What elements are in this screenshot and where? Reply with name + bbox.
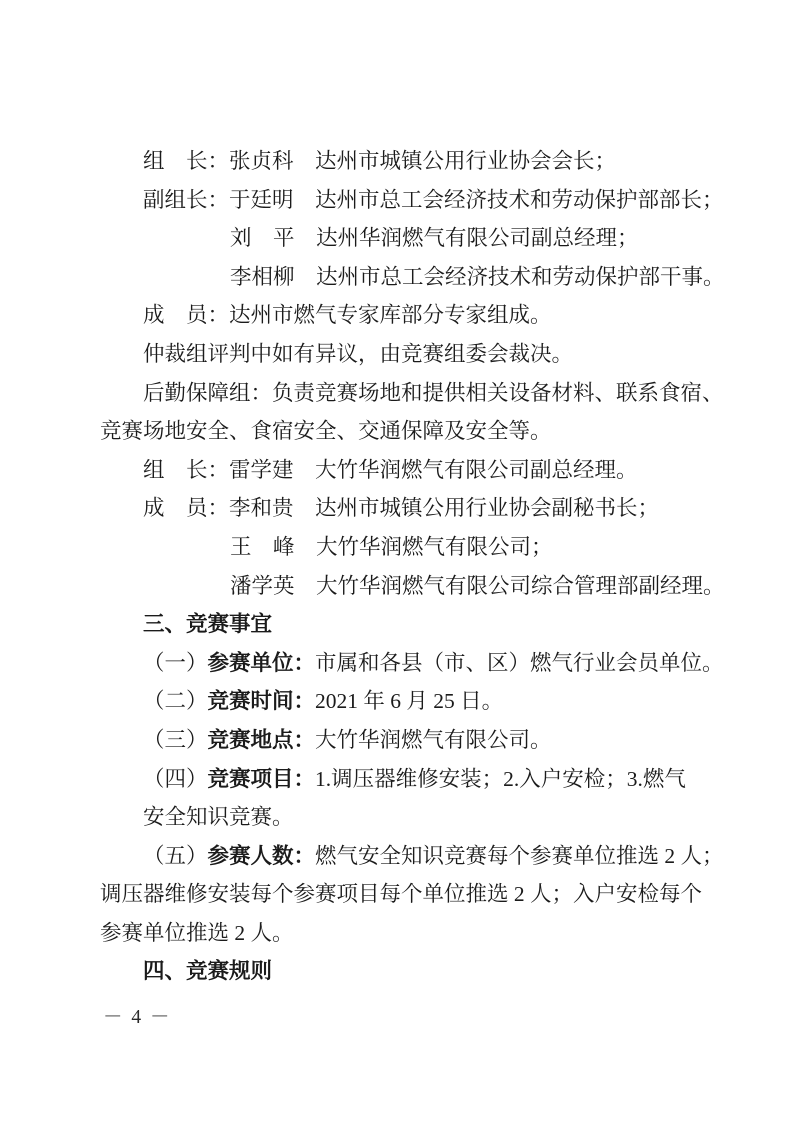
text-line: 参赛单位推选 2 人。 [100,914,726,953]
text-line: （三）竞赛地点：大竹华润燃气有限公司。 [100,721,726,760]
text-line: （一）参赛单位：市属和各县（市、区）燃气行业会员单位。 [100,644,726,683]
body-text: 副组长：于廷明 达州市总工会经济技术和劳动保护部部长； [143,188,724,212]
emphasis-text: 参赛人数： [208,844,316,868]
body-text: （四） [143,767,208,791]
text-line: 成 员：李和贵 达州市城镇公用行业协会副秘书长； [100,489,726,528]
text-line: （二）竞赛时间：2021 年 6 月 25 日。 [100,682,726,721]
body-text: 1.调压器维修安装；2.入户安检；3.燃气 [315,767,686,791]
body-text: 后勤保障组：负责竞赛场地和提供相关设备材料、联系食宿、 [143,381,724,405]
text-line: 刘 平 达州华润燃气有限公司副总经理； [100,219,726,258]
document-page: 组 长：张贞科 达州市城镇公用行业协会会长；副组长：于廷明 达州市总工会经济技术… [0,0,800,1131]
emphasis-text: 竞赛时间： [208,689,316,713]
emphasis-text: 四、竞赛规则 [143,959,272,983]
body-text: 李相柳 达州市总工会经济技术和劳动保护部干事。 [230,265,725,289]
body-text: 市属和各县（市、区）燃气行业会员单位。 [315,651,724,675]
text-line: 副组长：于廷明 达州市总工会经济技术和劳动保护部部长； [100,181,726,220]
body-text: 竞赛场地安全、食宿安全、交通保障及安全等。 [100,419,552,443]
body-text: 组 长：雷学建 大竹华润燃气有限公司副总经理。 [143,458,638,482]
text-line: （四）竞赛项目：1.调压器维修安装；2.入户安检；3.燃气 [100,760,726,799]
body-text: （三） [143,728,208,752]
body-text: 燃气安全知识竞赛每个参赛单位推选 2 人； [315,844,724,868]
body-text: （二） [143,689,208,713]
body-text: 参赛单位推选 2 人。 [100,921,294,945]
text-line: （五）参赛人数：燃气安全知识竞赛每个参赛单位推选 2 人； [100,837,726,876]
body-text: 调压器维修安装每个参赛项目每个单位推选 2 人；入户安检每个 [100,882,702,906]
body-text: 仲裁组评判中如有异议，由竞赛组委会裁决。 [143,342,573,366]
text-line: 安全知识竞赛。 [100,798,726,837]
body-text: 刘 平 达州华润燃气有限公司副总经理； [230,226,639,250]
text-line: 组 长：雷学建 大竹华润燃气有限公司副总经理。 [100,451,726,490]
emphasis-text: 竞赛项目： [208,767,316,791]
text-line: 成 员：达州市燃气专家库部分专家组成。 [100,296,726,335]
body-text: 成 员：达州市燃气专家库部分专家组成。 [143,303,552,327]
body-text: 王 峰 大竹华润燃气有限公司； [230,535,553,559]
text-line: 王 峰 大竹华润燃气有限公司； [100,528,726,567]
document-body: 组 长：张贞科 达州市城镇公用行业协会会长；副组长：于廷明 达州市总工会经济技术… [100,142,726,991]
body-text: （五） [143,844,208,868]
text-line: 后勤保障组：负责竞赛场地和提供相关设备材料、联系食宿、 [100,374,726,413]
text-line: 李相柳 达州市总工会经济技术和劳动保护部干事。 [100,258,726,297]
body-text: 2021 年 6 月 25 日。 [315,689,503,713]
body-text: 安全知识竞赛。 [143,805,294,829]
text-line: 竞赛场地安全、食宿安全、交通保障及安全等。 [100,412,726,451]
body-text: 潘学英 大竹华润燃气有限公司综合管理部副经理。 [230,574,725,598]
body-text: 组 长：张贞科 达州市城镇公用行业协会会长； [143,149,616,173]
body-text: 成 员：李和贵 达州市城镇公用行业协会副秘书长； [143,496,659,520]
section-heading: 四、竞赛规则 [100,952,726,991]
text-line: 潘学英 大竹华润燃气有限公司综合管理部副经理。 [100,567,726,606]
emphasis-text: 竞赛地点： [208,728,316,752]
text-line: 仲裁组评判中如有异议，由竞赛组委会裁决。 [100,335,726,374]
section-heading: 三、竞赛事宜 [100,605,726,644]
emphasis-text: 参赛单位： [208,651,316,675]
text-line: 调压器维修安装每个参赛项目每个单位推选 2 人；入户安检每个 [100,875,726,914]
body-text: 大竹华润燃气有限公司。 [315,728,552,752]
page-number: － 4 － [103,1001,172,1029]
text-line: 组 长：张贞科 达州市城镇公用行业协会会长； [100,142,726,181]
emphasis-text: 三、竞赛事宜 [143,612,272,636]
body-text: （一） [143,651,208,675]
